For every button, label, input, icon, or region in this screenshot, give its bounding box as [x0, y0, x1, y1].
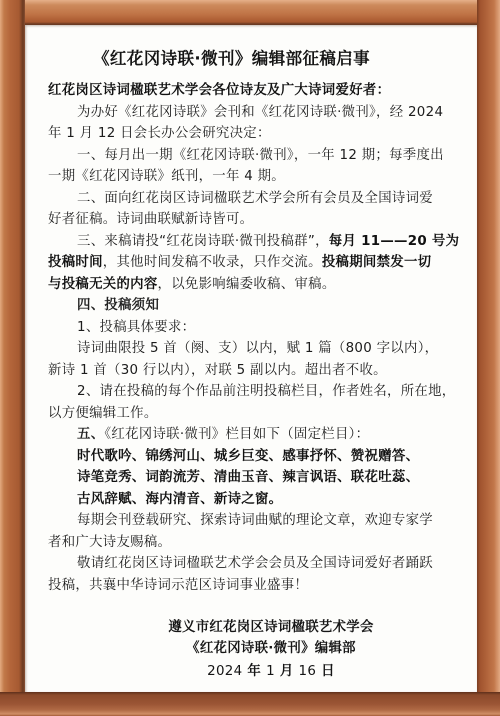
date-day-unit: 日: [316, 664, 335, 679]
item4-heading: 四、投稿须知: [77, 297, 159, 315]
item3-submission-period: 每月 11——20 号为: [329, 234, 460, 249]
notice-paper: 《红花冈诗联·微刊》编辑部征稿启事 红花岗区诗词楹联艺术学会各位诗友及广大诗词爱…: [25, 25, 477, 692]
notice-title: 《红花冈诗联·微刊》编辑部征稿启事: [93, 45, 393, 69]
item3-line-2: 投稿时间，其他时间发稿不收录，只作交流。投稿期间禁发一切: [48, 254, 431, 272]
frame-right-border: [477, 0, 500, 716]
item4-sub1-line-2: 新诗 1 首（30 行以内），对联 5 副以内。超出者不收。: [48, 362, 387, 380]
closing-line-1: 敬请红花岗区诗词楹联艺术学会会员及全国诗词爱好者踊跃: [77, 555, 433, 573]
item3-line-3: 与投稿无关的内容，以免影响编委收稿、审稿。: [48, 276, 336, 294]
item3-line-1: 三、来稿请投“红花岗诗联·微刊投稿群”，每月 11——20 号为: [77, 233, 459, 251]
closing-line-2: 投稿，共襄中华诗词示范区诗词事业盛事！: [48, 577, 308, 595]
item5-heading: 五、《红花冈诗联·微刊》栏目如下（固定栏目）：: [77, 426, 369, 444]
item5-heading-text: 《红花冈诗联·微刊》栏目如下（固定栏目）：: [104, 427, 369, 442]
date-year: 2024: [207, 664, 242, 679]
item3-regular-text-2: ，其他时间发稿不收录，只作交流。: [103, 255, 322, 270]
intro-line-1: 为办好《红花冈诗联》会刊和《红花冈诗联·微刊》，经 2024: [77, 104, 443, 122]
salutation: 红花岗区诗词楹联艺术学会各位诗友及广大诗词爱好者：: [48, 82, 390, 100]
item5-prefix: 五、: [77, 427, 104, 442]
item1-line-2: 一期《红花冈诗联》纸刊，一年 4 期。: [48, 168, 285, 186]
picture-frame: 《红花冈诗联·微刊》编辑部征稿启事 红花岗区诗词楹联艺术学会各位诗友及广大诗词爱…: [0, 0, 500, 716]
item4-sub1-line-1: 诗词曲限投 5 首（阕、支）以内，赋 1 篇（800 字以内），: [77, 340, 438, 358]
item2-line-1: 二、面向红花岗区诗词楹联艺术学会所有会员及全国诗词爱: [77, 190, 433, 208]
intro-line-2: 年 1 月 12 日会长办公会研究决定：: [48, 125, 271, 143]
item5-columns-line-2: 诗笔竞秀、词韵流芳、清曲玉音、辣言讽语、联花吐蕊、: [77, 469, 419, 487]
signature-date: 2024 年 1 月 16 日: [25, 660, 477, 679]
item4-sub1-heading: 1、投稿具体要求：: [77, 319, 195, 337]
item1-line-1: 一、每月出一期《红花冈诗联·微刊》，一年 12 期；每季度出: [77, 147, 444, 165]
note-line-2: 者和广大诗友赐稿。: [48, 534, 171, 552]
item5-columns-line-1: 时代歌吟、锦绣河山、城乡巨变、感事抒怀、赞祝赠答、: [77, 448, 419, 466]
signature-department: 《红花冈诗联·微刊》编辑部: [25, 637, 477, 656]
signature-organization: 遵义市红花岗区诗词楹联艺术学会: [25, 616, 477, 635]
item5-columns-line-3: 古风辞赋、海内清音、新诗之窗。: [77, 491, 282, 509]
date-year-unit: 年: [242, 664, 266, 679]
frame-top-border: [0, 0, 500, 25]
frame-bottom-border: [0, 692, 500, 716]
date-day: 16: [299, 664, 317, 679]
item4-sub2-line-2: 以方便编辑工作。: [48, 405, 158, 423]
date-month-unit: 月: [275, 664, 299, 679]
item3-regular-text: 三、来稿请投“红花岗诗联·微刊投稿群”，: [77, 234, 329, 249]
item3-prohibition: 投稿期间禁发一切: [322, 255, 432, 270]
date-month: 1: [266, 664, 275, 679]
note-line-1: 每期会刊登载研究、探索诗词曲赋的理论文章，欢迎专家学: [77, 512, 433, 530]
item4-sub2-line-1: 2、请在投稿的每个作品前注明投稿栏目，作者姓名，所在地，: [77, 383, 455, 401]
item3-prohibition-end: 与投稿无关的内容: [48, 277, 158, 292]
item2-line-2: 好者征稿。诗词曲联赋新诗皆可。: [48, 211, 253, 229]
item3-submission-time: 投稿时间: [48, 255, 103, 270]
frame-left-border: [0, 0, 25, 716]
item3-regular-text-3: ，以免影响编委收稿、审稿。: [158, 277, 336, 292]
